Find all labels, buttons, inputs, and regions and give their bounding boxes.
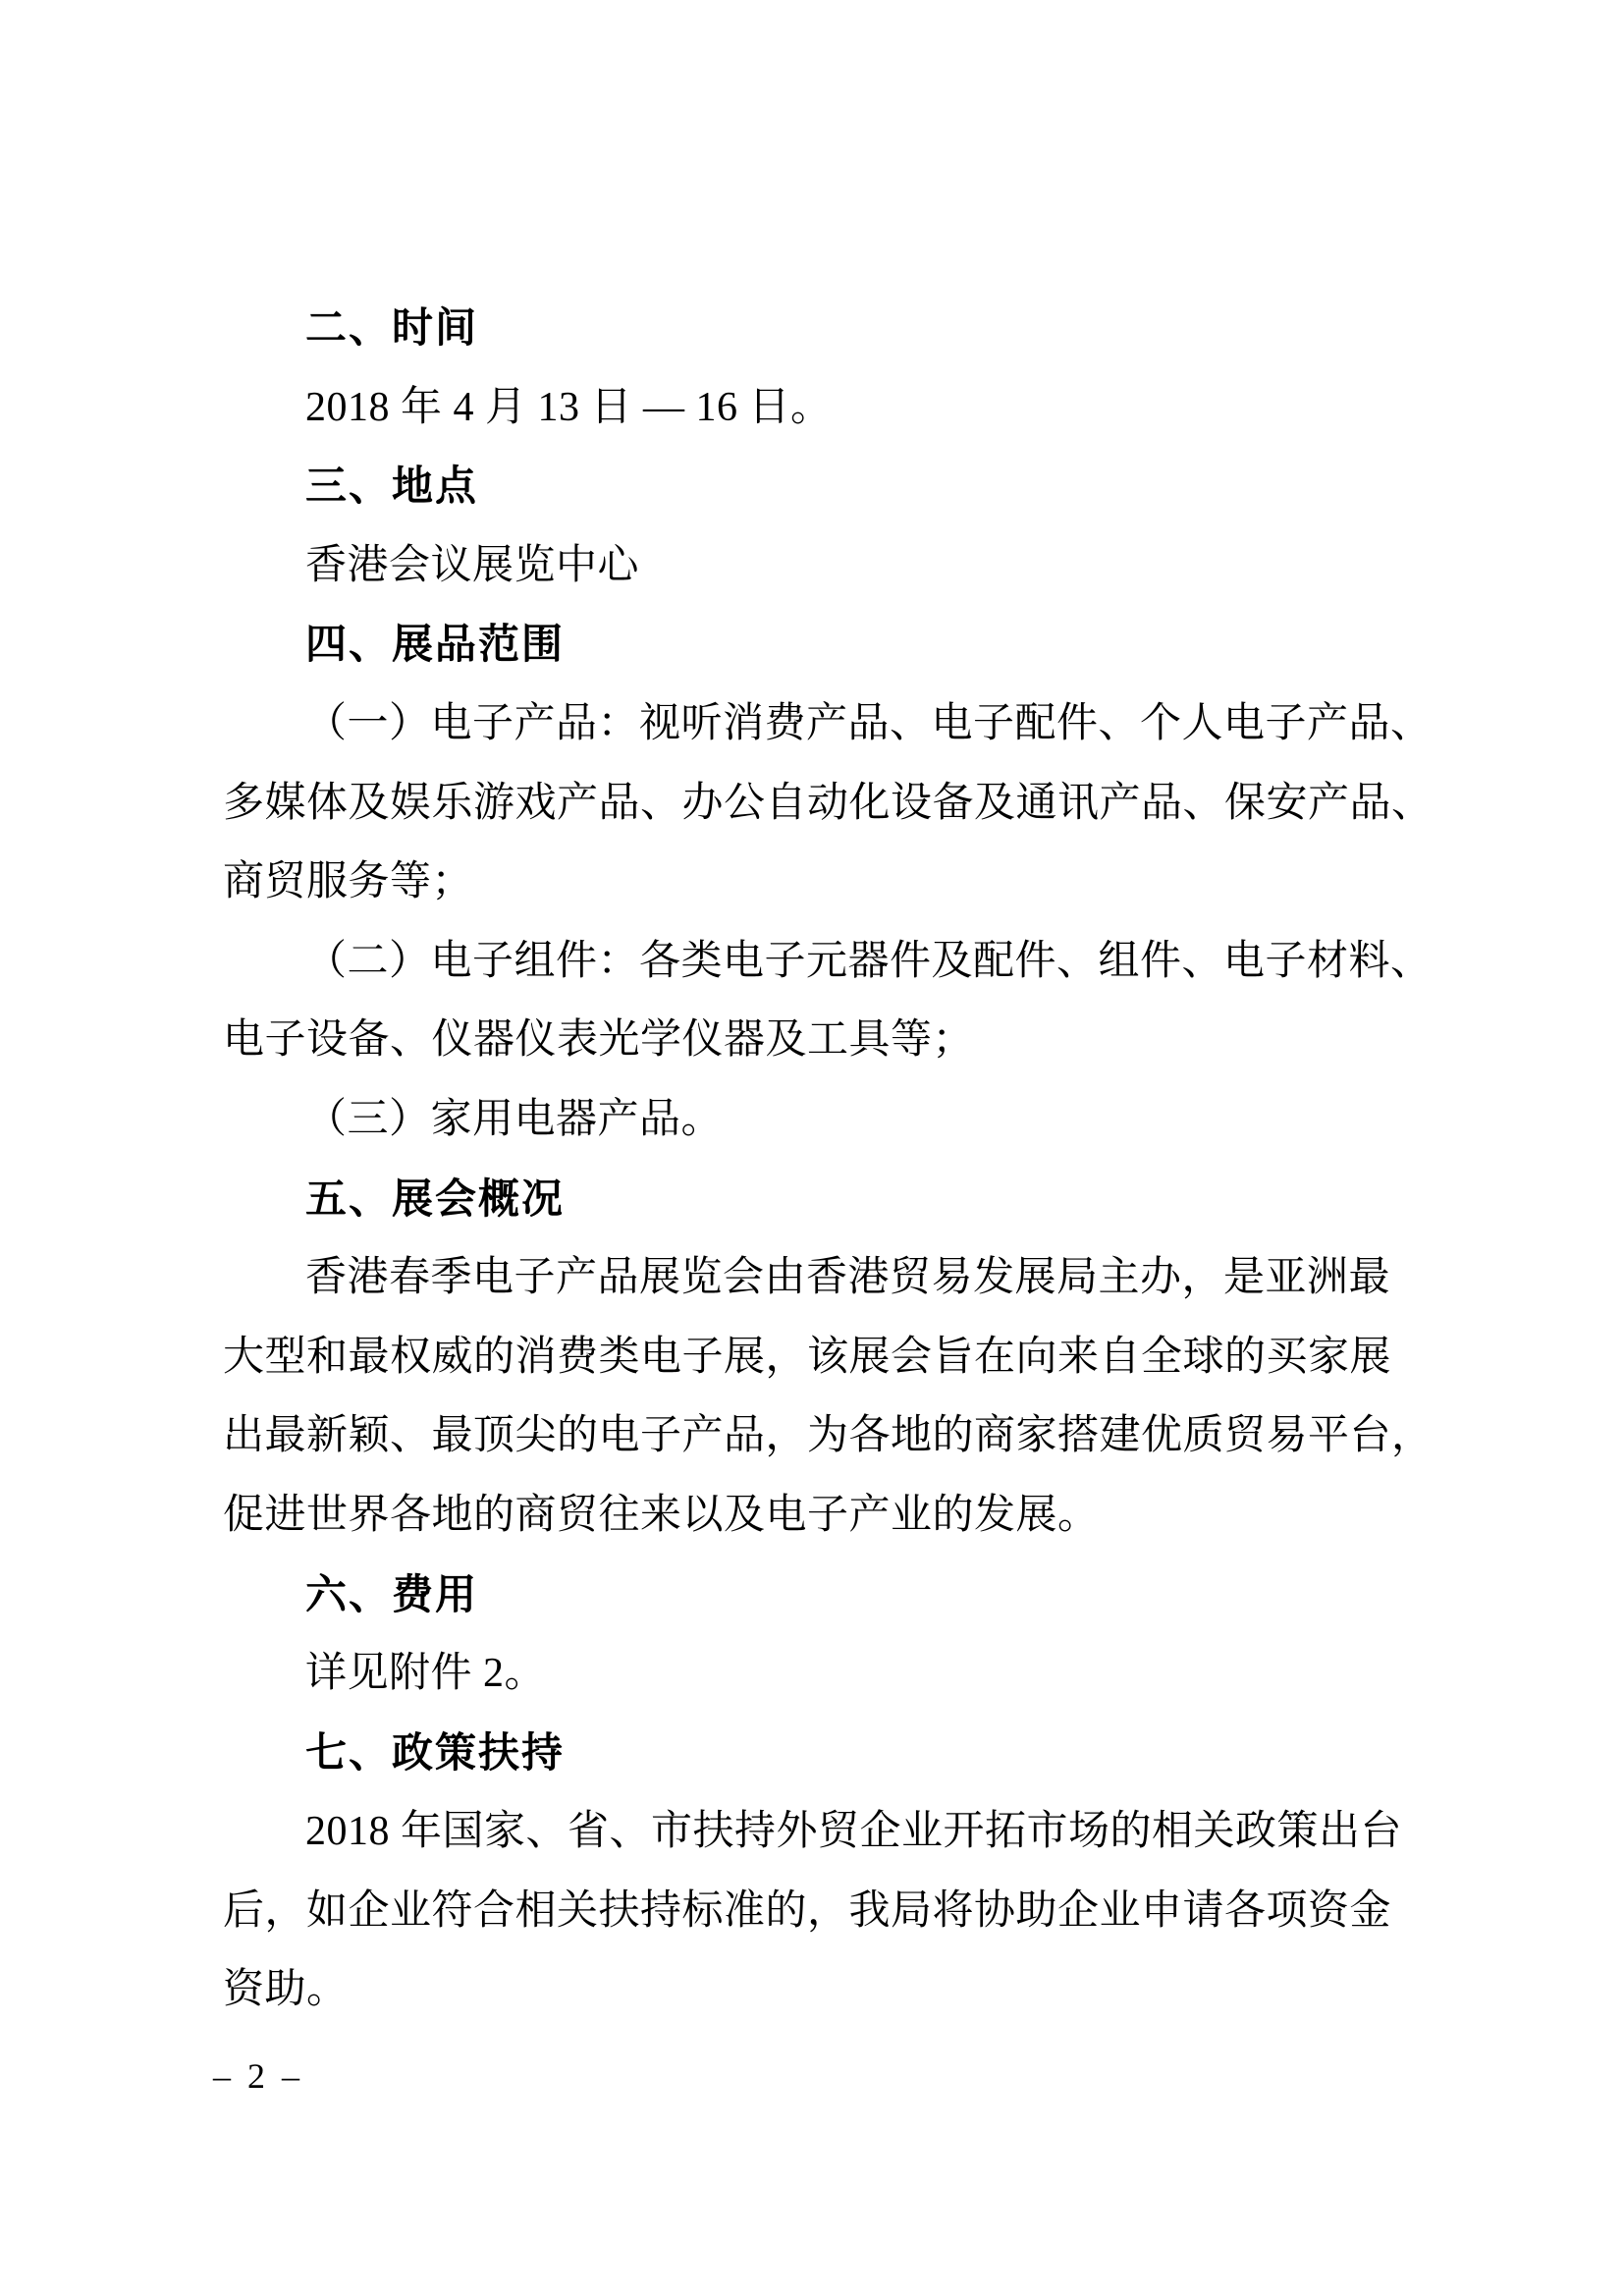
line-scope-item3: （三）家用电器产品。 [223, 1080, 1460, 1160]
line-date: 2018 年 4 月 13 日 — 16 日。 [223, 368, 1460, 448]
line-overview-1: 香港春季电子产品展览会由香港贸易发展局主办，是亚洲最 [223, 1238, 1460, 1318]
line-scope-item1-cont1: 多媒体及娱乐游戏产品、办公自动化设备及通讯产品、保安产品、 [223, 764, 1460, 844]
page-number: – 2 – [213, 2055, 303, 2097]
line-fees: 详见附件 2。 [223, 1634, 1460, 1714]
section-heading-location: 三、地点 [223, 447, 1460, 526]
line-overview-4: 促进世界各地的商贸往来以及电子产业的发展。 [223, 1476, 1460, 1556]
document-page: 二、时间 2018 年 4 月 13 日 — 16 日。 三、地点 香港会议展览… [0, 0, 1623, 2296]
line-venue: 香港会议展览中心 [223, 526, 1460, 606]
section-heading-exhibit-scope: 四、展品范围 [223, 605, 1460, 684]
line-overview-2: 大型和最权威的消费类电子展，该展会旨在向来自全球的买家展 [223, 1318, 1460, 1397]
section-heading-time: 二、时间 [223, 289, 1460, 368]
line-policy-1: 2018 年国家、省、市扶持外贸企业开拓市场的相关政策出台 [223, 1792, 1460, 1872]
line-scope-item2-cont: 电子设备、仪器仪表光学仪器及工具等； [223, 1001, 1460, 1080]
line-policy-3: 资助。 [223, 1950, 1460, 2030]
section-heading-policy: 七、政策扶持 [223, 1714, 1460, 1793]
line-policy-2: 后，如企业符合相关扶持标准的，我局将协助企业申请各项资金 [223, 1872, 1460, 1951]
line-overview-3: 出最新颖、最顶尖的电子产品，为各地的商家搭建优质贸易平台， [223, 1396, 1460, 1476]
section-heading-fees: 六、费用 [223, 1556, 1460, 1635]
line-scope-item1-cont2: 商贸服务等； [223, 843, 1460, 922]
section-heading-overview: 五、展会概况 [223, 1160, 1460, 1239]
line-scope-item1: （一）电子产品：视听消费产品、电子配件、个人电子产品、 [223, 684, 1460, 764]
line-scope-item2: （二）电子组件：各类电子元器件及配件、组件、电子材料、 [223, 922, 1460, 1002]
document-body: 二、时间 2018 年 4 月 13 日 — 16 日。 三、地点 香港会议展览… [223, 289, 1460, 2030]
